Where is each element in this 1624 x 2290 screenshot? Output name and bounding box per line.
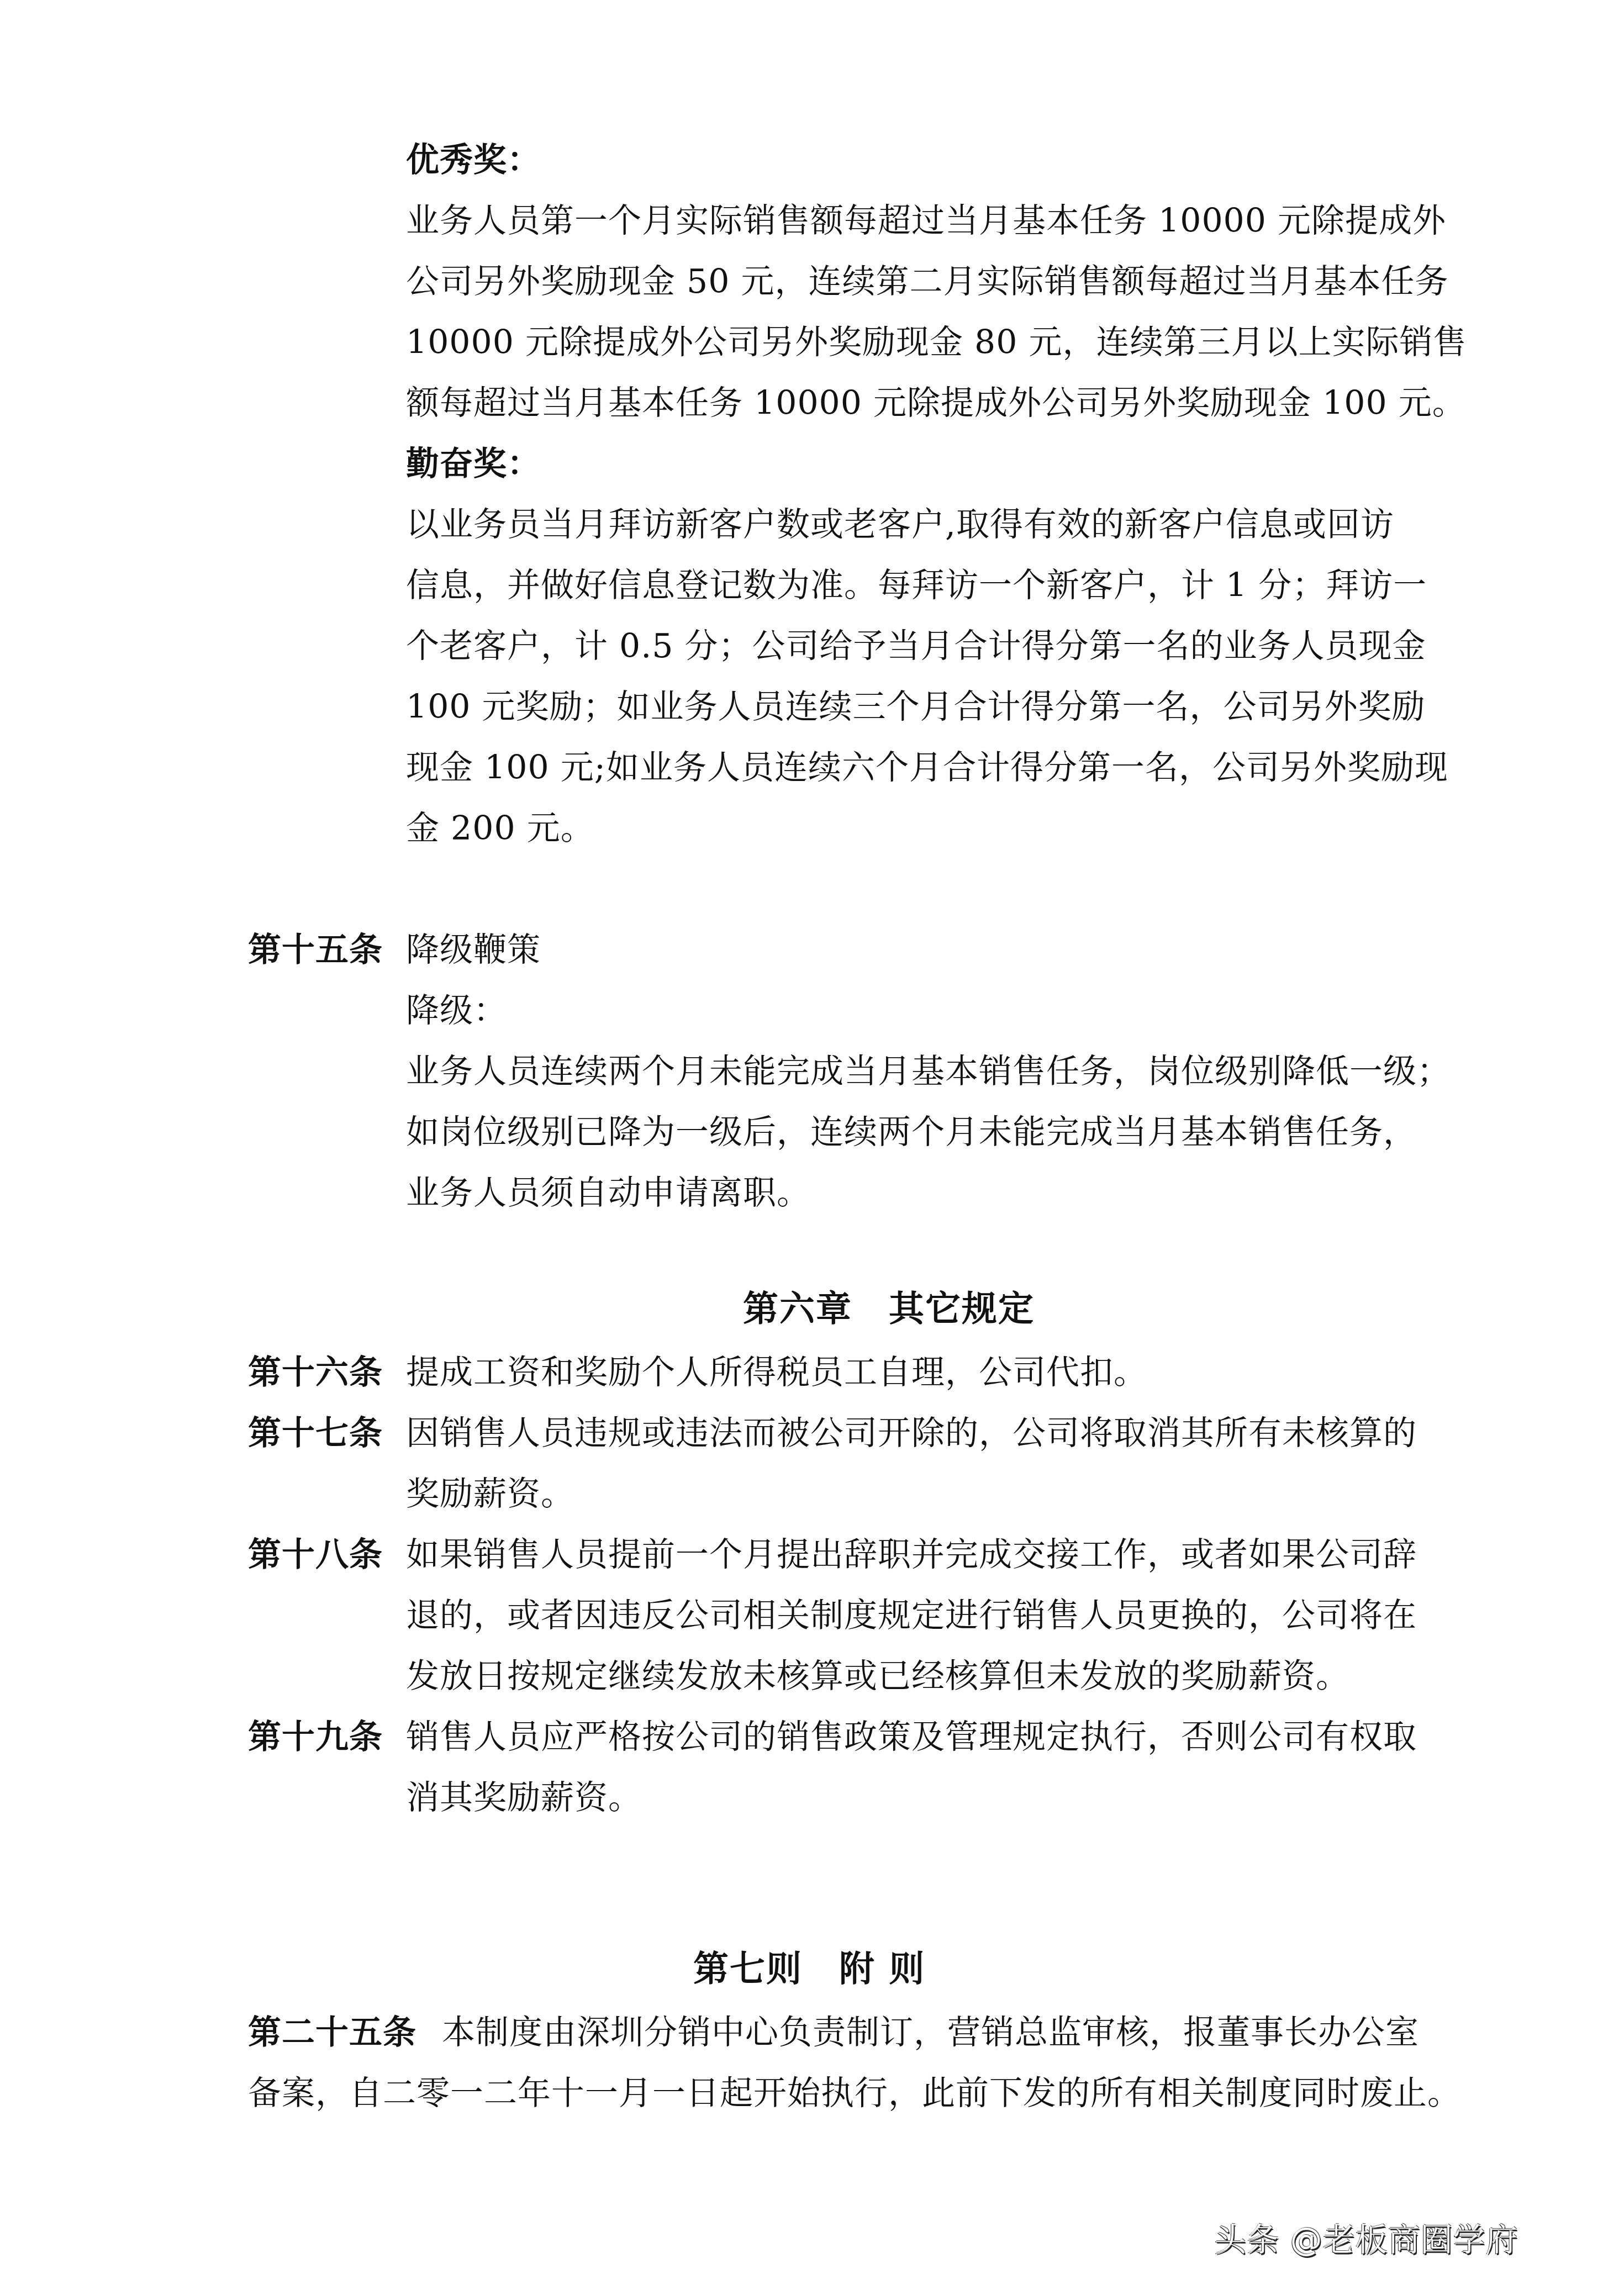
article-18-line: 如果销售人员提前一个月提出辞职并完成交接工作，或者如果公司辞: [406, 1533, 1417, 1577]
diligence-award-title: 勤奋奖：: [406, 442, 541, 486]
article-19-label: 第十九条: [248, 1715, 383, 1759]
diligence-award-line: 个老客户，计 0.5 分；公司给予当月合计得分第一名的业务人员现金: [406, 624, 1426, 668]
article-15-subtitle: 降级：: [406, 989, 507, 1033]
article-19-line: 销售人员应严格按公司的销售政策及管理规定执行，否则公司有权取: [406, 1715, 1417, 1759]
article-15-line: 如岗位级别已降为一级后，连续两个月未能完成当月基本销售任务，: [406, 1110, 1417, 1154]
article-16-label: 第十六条: [248, 1350, 383, 1395]
article-25-label: 第二十五条: [248, 2011, 416, 2055]
article-15-label: 第十五条: [248, 928, 383, 972]
excellence-award-line: 业务人员第一个月实际销售额每超过当月基本任务 10000 元除提成外: [406, 199, 1446, 243]
excellence-award-line: 公司另外奖励现金 50 元，连续第二月实际销售额每超过当月基本任务: [406, 260, 1449, 304]
chapter-7-heading: 第七则 附 则: [693, 1947, 925, 1991]
article-19-line: 消其奖励薪资。: [406, 1776, 642, 1820]
article-18-label: 第十八条: [248, 1533, 383, 1577]
article-17-line: 奖励薪资。: [406, 1472, 574, 1516]
article-18-line: 退的，或者因违反公司相关制度规定进行销售人员更换的，公司将在: [406, 1593, 1417, 1638]
watermark: 头条 @老板商圈学府: [1214, 2220, 1518, 2259]
diligence-award-line: 信息，并做好信息登记数为准。每拜访一个新客户，计 1 分；拜访一: [406, 563, 1427, 608]
diligence-award-line: 金 200 元。: [406, 806, 594, 851]
chapter-6-heading: 第六章 其它规定: [743, 1287, 1035, 1331]
excellence-award-line: 额每超过当月基本任务 10000 元除提成外公司另外奖励现金 100 元。: [406, 381, 1466, 425]
article-25-line: 备案，自二零一二年十一月一日起开始执行，此前下发的所有相关制度同时废止。: [248, 2071, 1461, 2115]
article-17-line: 因销售人员违规或违法而被公司开除的，公司将取消其所有未核算的: [406, 1411, 1417, 1455]
excellence-award-line: 10000 元除提成外公司另外奖励现金 80 元，连续第三月以上实际销售: [406, 320, 1467, 365]
article-17-label: 第十七条: [248, 1411, 383, 1455]
diligence-award-line: 现金 100 元;如业务人员连续六个月合计得分第一名，公司另外奖励现: [406, 746, 1448, 790]
excellence-award-title: 优秀奖：: [406, 138, 541, 182]
document-page: 优秀奖： 业务人员第一个月实际销售额每超过当月基本任务 10000 元除提成外 …: [0, 0, 1624, 2290]
article-15-line: 业务人员须自动申请离职。: [406, 1171, 810, 1215]
diligence-award-line: 以业务员当月拜访新客户数或老客户,取得有效的新客户信息或回访: [406, 503, 1394, 547]
article-18-line: 发放日按规定继续发放未核算或已经核算但未发放的奖励薪资。: [406, 1654, 1349, 1698]
article-15-title: 降级鞭策: [406, 928, 541, 972]
article-15-line: 业务人员连续两个月未能完成当月基本销售任务，岗位级别降低一级；: [406, 1049, 1451, 1094]
article-16-line: 提成工资和奖励个人所得税员工自理，公司代扣。: [406, 1350, 1147, 1395]
article-25-line: 本制度由深圳分销中心负责制订，营销总监审核，报董事长办公室: [442, 2011, 1419, 2055]
diligence-award-line: 100 元奖励；如业务人员连续三个月合计得分第一名，公司另外奖励: [406, 685, 1426, 729]
